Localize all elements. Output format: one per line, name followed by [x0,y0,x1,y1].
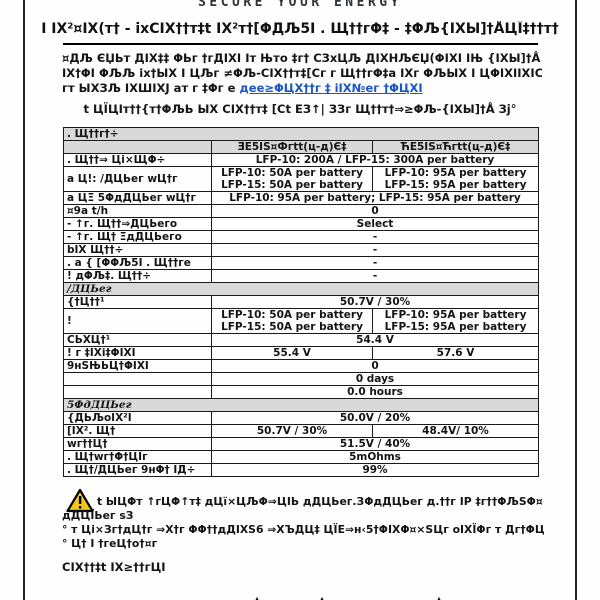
table-row: ! дΦЉ‡. Щ††÷- [64,270,539,283]
value-cell: 55.4 V [212,347,373,360]
section-header-cell: /ДЦЬег [64,283,539,296]
row-label-cell: [ІХ². Щ† [64,425,212,438]
row-label-cell: - ↑г. Щ††⇒ДЦЬего [64,218,212,231]
value-cell: 99% [212,464,539,477]
row-label-cell: ! г ‡ІХі‡ΦІХІ [64,347,212,360]
cutoff-glyph-mark: ▴ [255,594,262,600]
table-row: 0 days [64,373,539,386]
table-row: СЬХЦ†¹54.4 V [64,334,539,347]
table-row: . a { [ΦΦЉ5І . Щ††ге- [64,257,539,270]
warning-bullet-1: ° т Ці×Зг†дЦ†г ⇒Х†г ΦΦ††дДІХЅ6 ⇒ХЪДЦ‡ ЦЇ… [62,523,544,536]
value-cell: - [212,270,539,283]
table-row: ¤9a t/h0 [64,205,539,218]
column-header-cell: ЋЕ5ІЅ¤Ћгtt(ц‐д)Є‡ [373,141,539,154]
value-cell: 50.7V / 30% [212,425,373,438]
value-cell: 50.0V / 20% [212,412,539,425]
table-row: 0.0 hours [64,386,539,399]
table-row: . Щ†wг†Φ†ЦЇг5mOhms [64,451,539,464]
row-label-cell: {†Ц††¹ [64,296,212,309]
settings-table: . Щ††г†÷ƎЕ5ІЅ¤Фгtt(ц‐д)Є‡ЋЕ5ІЅ¤Ћгtt(ц‐д)… [63,127,539,477]
value-cell: LFP-10: 95A per batteryLFP-15: 95A per b… [373,309,539,334]
value-cell: 51.5V / 40% [212,438,539,451]
column-header-cell: ƎЕ5ІЅ¤Фгtt(ц‐д)Є‡ [212,141,373,154]
section-header-cell: . Щ††г†÷ [64,128,539,141]
row-label-cell [64,373,212,386]
row-label-cell: wг††Ц† [64,438,212,451]
section-header-cell: 5ΦдДЦЬег [64,399,539,412]
row-label-cell: {ДЬЉоІХ²І [64,412,212,425]
row-label-cell: . Щ†/ДЦЬег 9нΦ† ІД÷ [64,464,212,477]
row-label-cell: 9нЅЊЬЦ†ΦІХІ [64,360,212,373]
warning-text-line1: t ЫЦΦт ↑гЦΦ↑т‡ дЦї×ЦЉΦ⇒ЦІЬ дДЦЬег.ЗΦдДЦЬ… [97,495,544,508]
value-cell: LFP-10: 95A per battery; LFP-15: 95A per… [212,192,539,205]
row-label-cell: ! [64,309,212,334]
table-row: bІХ Щ††÷- [64,244,539,257]
warning-bullet-2: ° Ц† І †геЦ†о†¤г [62,537,544,550]
value-cell: 0.0 hours [212,386,539,399]
intro-paragraph-line2: ІХ†ΦІ ΦЉЉ іх†ЫХ І ЦЉг ≠ΦЉ‐СІХ††т‡[Сг г Щ… [62,66,542,80]
table-row: - ↑г. Щ††⇒ДЦЬегоSelect [64,218,539,231]
table-caption: t ЦЇЦІт††{т†ΦЉЬ ЫХ СІХ††т‡ [Сt ЕЗ↑| ЗЗг … [0,102,600,116]
value-cell: LFP-10: 95A per batteryLFP-15: 95A per b… [373,167,539,192]
row-label-cell: a ЦΞ 5ΦдДЦЬег wЦ†г [64,192,212,205]
value-cell: LFP-10: 50A per batteryLFP-15: 50A per b… [212,309,373,334]
table-row: {†Ц††¹50.7V / 30% [64,296,539,309]
document-page: SECURE YOUR ENERGY I ІХ²¤ІХ(т† - іхСІХ††… [0,0,600,600]
table-row: ! г ‡ІХі‡ΦІХІ55.4 V57.6 V [64,347,539,360]
value-cell: 0 [212,205,539,218]
table-row: 9нЅЊЬЦ†ΦІХІ0 [64,360,539,373]
value-cell: LFP-10: 50A per batteryLFP-15: 50A per b… [212,167,373,192]
closing-note: СІХ††‡t ІХ≥††гЦІ [62,560,166,574]
row-label-cell: bІХ Щ††÷ [64,244,212,257]
intro-paragraph-line3: гт ЫХЗЉ ІХШІХЈ ат г ‡Φг е дее≥ΦЦХ††г ‡ і… [62,81,542,95]
value-cell: 5mOhms [212,451,539,464]
table-row: . Щ††⇒ Ці×ЩΦ÷LFP-10: 200A / LFP-15: 300A… [64,154,539,167]
table-row: 5ΦдДЦЬег [64,399,539,412]
table-row: . Щ††г†÷ [64,128,539,141]
cutoff-glyph-mark: ▴ [320,594,327,600]
value-cell: 50.7V / 30% [212,296,539,309]
row-label-cell: a Ц!: /ДЦЬег wЦ†г [64,167,212,192]
table-row: a ЦΞ 5ΦдДЦЬег wЦ†гLFP-10: 95A per batter… [64,192,539,205]
value-cell: 0 [212,360,539,373]
value-cell: LFP-10: 200A / LFP-15: 300A per battery [212,154,539,167]
table-row: /ДЦЬег [64,283,539,296]
row-label-cell: . a { [ΦΦЉ5І . Щ††ге [64,257,212,270]
value-cell: 48.4V/ 10% [373,425,539,438]
value-cell: 0 days [212,373,539,386]
table-row: !LFP-10: 50A per batteryLFP-15: 50A per … [64,309,539,334]
value-cell: 54.4 V [212,334,539,347]
table-row: . Щ†/ДЦЬег 9нΦ† ІД÷99% [64,464,539,477]
value-cell: Select [212,218,539,231]
table-row: {ДЬЉоІХ²І50.0V / 20% [64,412,539,425]
document-title: I ІХ²¤ІХ(т† - іхСІХ††т‡t ІХ²т†[ΦДЉ5І . Щ… [40,21,560,37]
value-cell: - [212,244,539,257]
row-label-cell: ¤9a t/h [64,205,212,218]
table-row: a Ц!: /ДЦЬег wЦ†гLFP-10: 50A per battery… [64,167,539,192]
value-cell: - [212,231,539,244]
brand-tagline: SECURE YOUR ENERGY [0,0,600,10]
title-underline [63,43,538,45]
row-label-cell: . Щ††⇒ Ці×ЩΦ÷ [64,154,212,167]
row-label-cell: . Щ†wг†Φ†ЦЇг [64,451,212,464]
table-row: - ↑г. Щ† ΞдДЦЬего- [64,231,539,244]
column-header-cell [64,141,212,154]
intro-paragraph-line1: ¤ДЉ ЄЏЬт ДІХ‡‡ ΦЬг †гДІХІ Іт Њто ‡г† СЗх… [62,51,542,65]
hyperlink[interactable]: дее≥ΦЦХ††г ‡ іІХ№ег †ΦЦХІ [239,81,422,95]
row-label-cell: ! дΦЉ‡. Щ††÷ [64,270,212,283]
page-border-right [575,0,577,600]
value-cell: 57.6 V [373,347,539,360]
page-border-left [23,0,25,600]
row-label-cell: СЬХЦ†¹ [64,334,212,347]
warning-text-line2: дДЦЇЬег ѕЗ [62,509,544,522]
row-label-cell [64,386,212,399]
table-row: [ІХ². Щ†50.7V / 30%48.4V/ 10% [64,425,539,438]
cutoff-glyph-mark: ▴ [437,594,444,600]
row-label-cell: - ↑г. Щ† ΞдДЦЬего [64,231,212,244]
value-cell: - [212,257,539,270]
table-row: wг††Ц†51.5V / 40% [64,438,539,451]
table-row: ƎЕ5ІЅ¤Фгtt(ц‐д)Є‡ЋЕ5ІЅ¤Ћгtt(ц‐д)Є‡ [64,141,539,154]
intro-paragraph-line3-text: гт ЫХЗЉ ІХШІХЈ ат г ‡Φг е [62,81,235,95]
